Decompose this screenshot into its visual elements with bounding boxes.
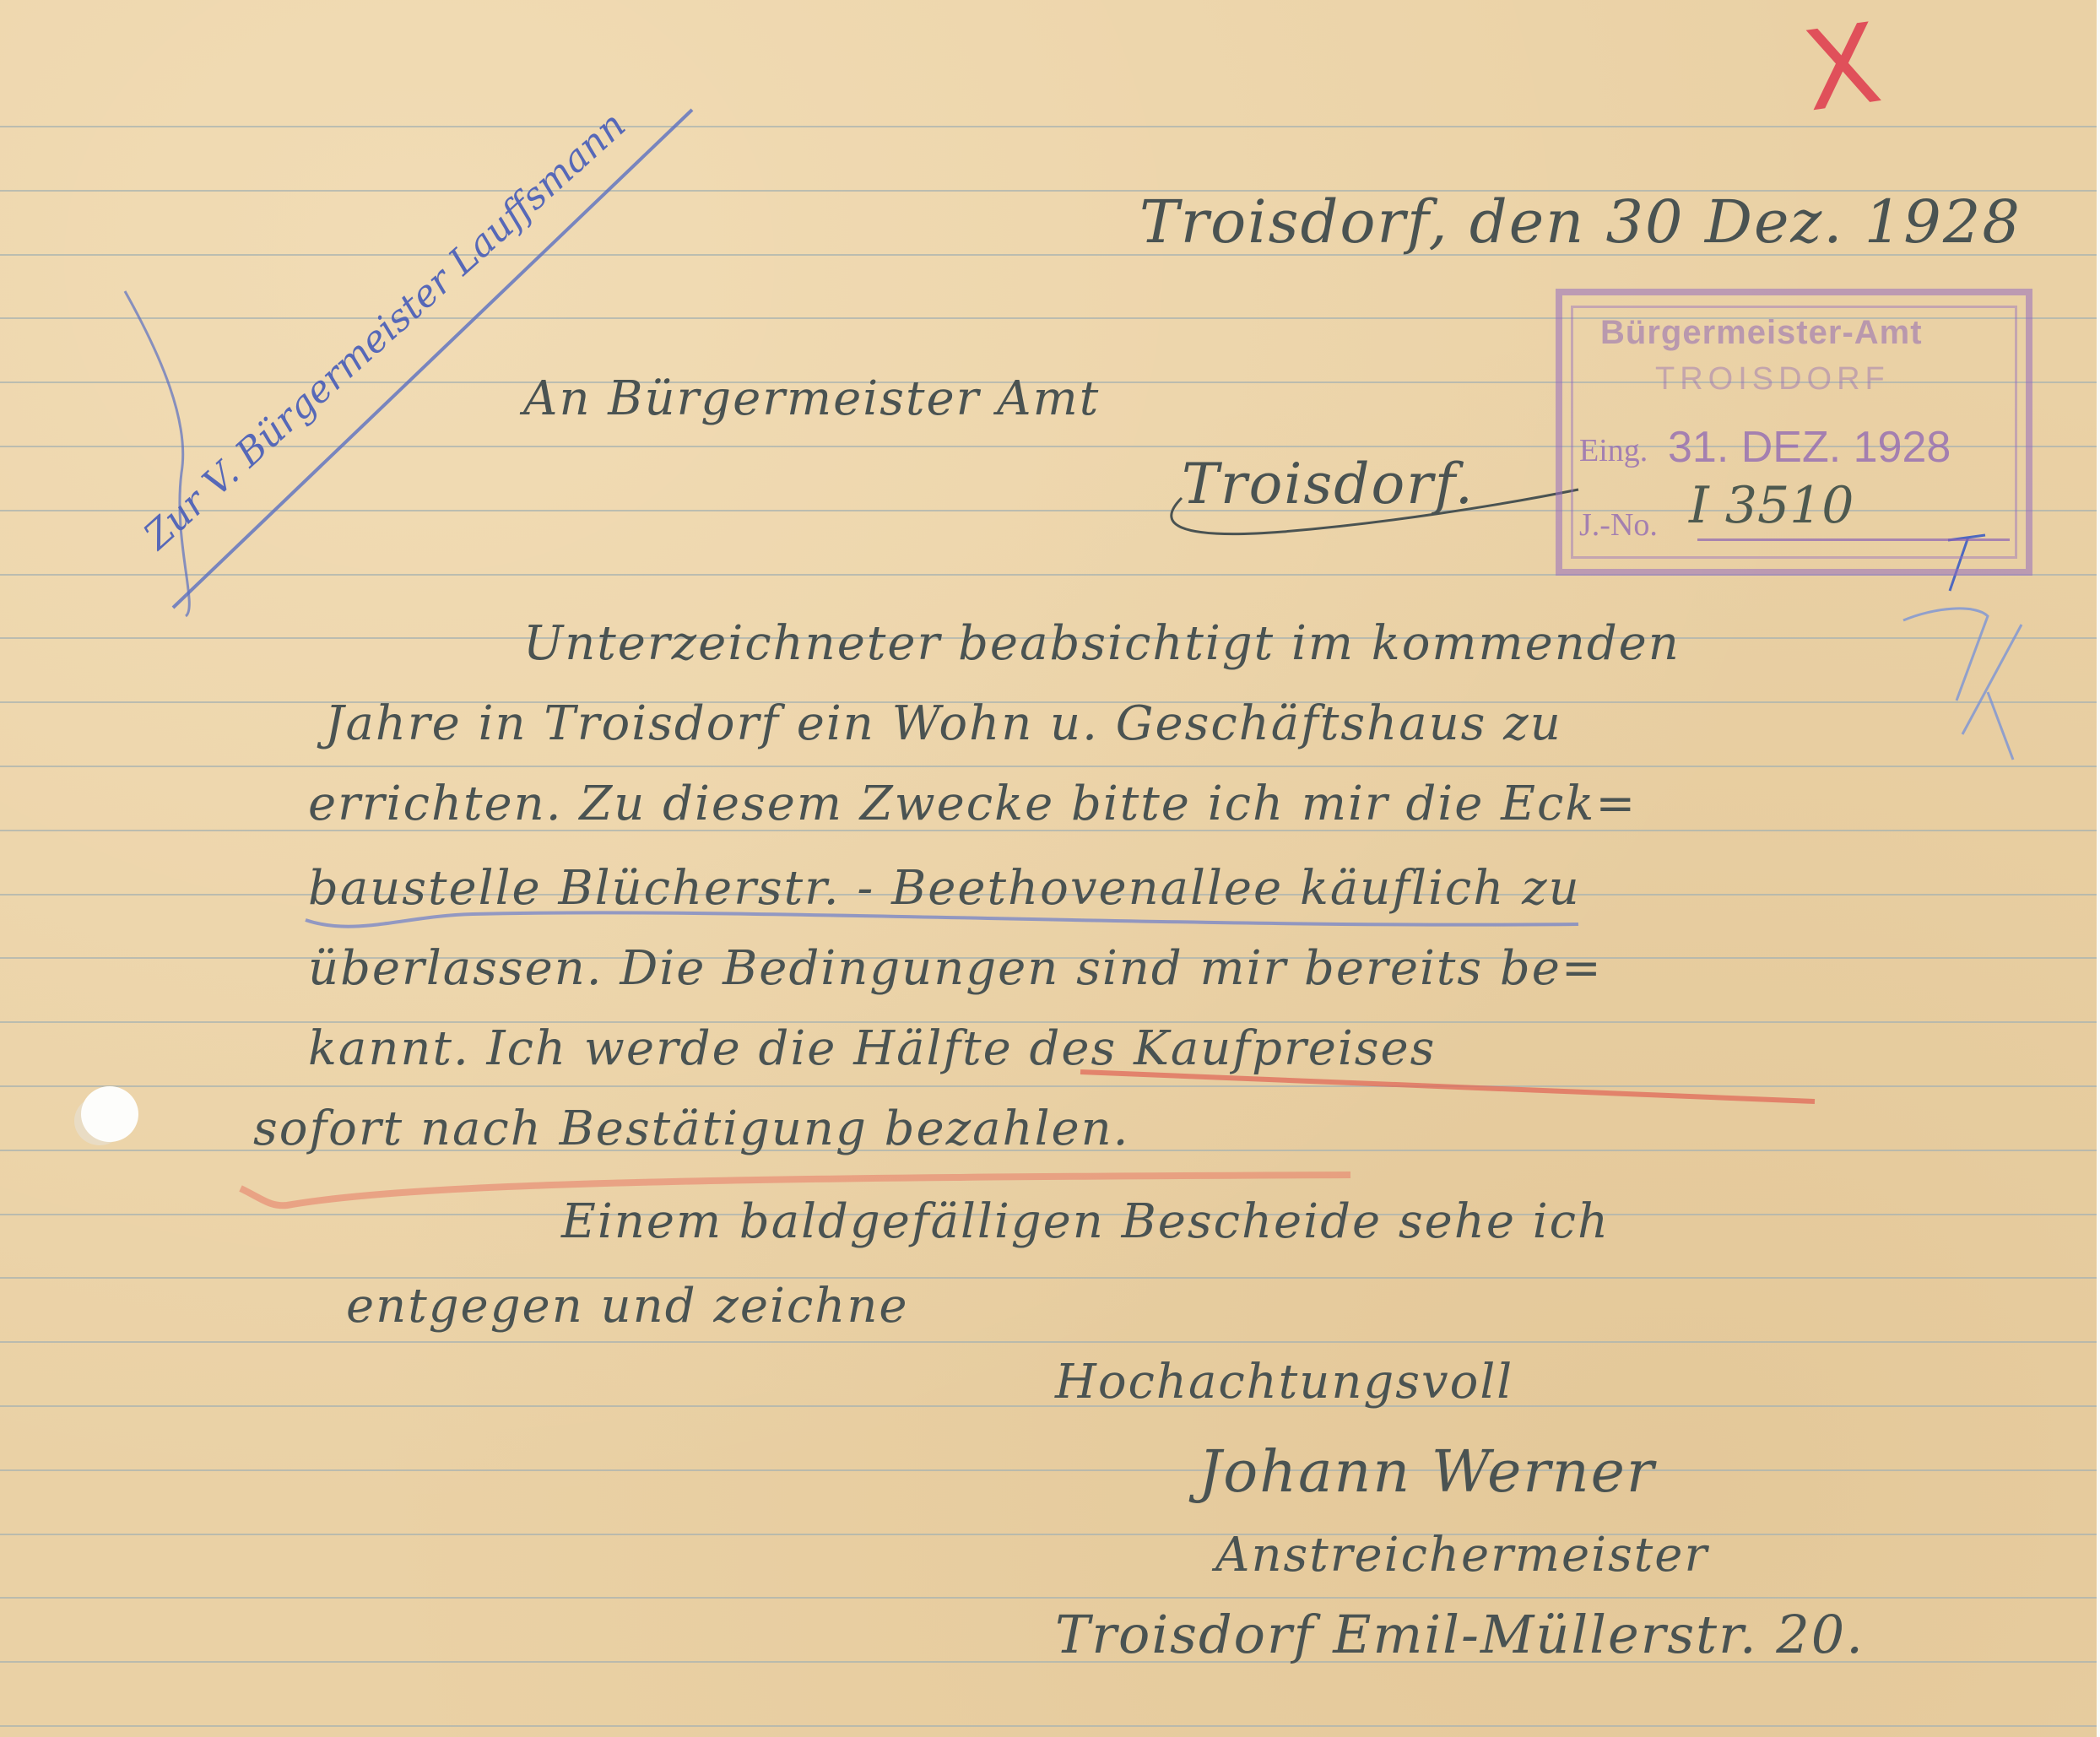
body-line-6: kannt. Ich werde die Hälfte des Kaufprei… [308,1021,1436,1076]
stamp-journal-label: J.-No. [1579,506,1658,544]
recipient-line-1: An Bürgermeister Amt [523,371,1100,426]
body-line-2: Jahre in Troisdorf ein Wohn u. Geschäfts… [325,696,1562,751]
body-line-8: Einem baldgefälligen Bescheide sehe ich [561,1194,1610,1249]
body-line-1: Unterzeichneter beabsichtigt im kommende… [523,616,1681,671]
received-stamp: Bürgermeister-Amt TROISDORF Eing. 31. DE… [1556,289,2032,576]
stamp-journal-line [1697,538,2010,541]
recipient-line-2: Troisdorf. [1182,452,1475,517]
body-line-5: überlassen. Die Bedingungen sind mir ber… [308,941,1603,996]
signature-name: Johann Werner [1199,1439,1655,1506]
closing-salutation: Hochachtungsvoll [1055,1355,1513,1410]
stamp-journal-number: I 3510 [1689,476,1854,535]
place-date: Troisdorf, den 30 Dez. 1928 [1139,187,2022,257]
letter-paper: X Zur V. Bürgermeister Lauffsmann Troisd… [0,0,2097,1737]
stamp-town: TROISDORF [1655,361,1890,398]
stamp-received-date: 31. DEZ. 1928 [1668,422,1951,473]
punch-hole [81,1086,138,1142]
signer-address: Troisdorf Emil-Müllerstr. 20. [1055,1604,1865,1665]
body-line-7: sofort nach Bestätigung bezahlen. [253,1101,1129,1156]
stamp-office: Bürgermeister-Amt [1600,314,1923,352]
body-line-4: baustelle Blücherstr. - Beethovenallee k… [308,861,1581,916]
stamp-received-label: Eing. [1579,432,1648,469]
signer-title: Anstreichermeister [1215,1528,1708,1583]
body-line-9: entgegen und zeichne [346,1279,909,1334]
body-line-3: errichten. Zu diesem Zwecke bitte ich mi… [308,777,1637,831]
